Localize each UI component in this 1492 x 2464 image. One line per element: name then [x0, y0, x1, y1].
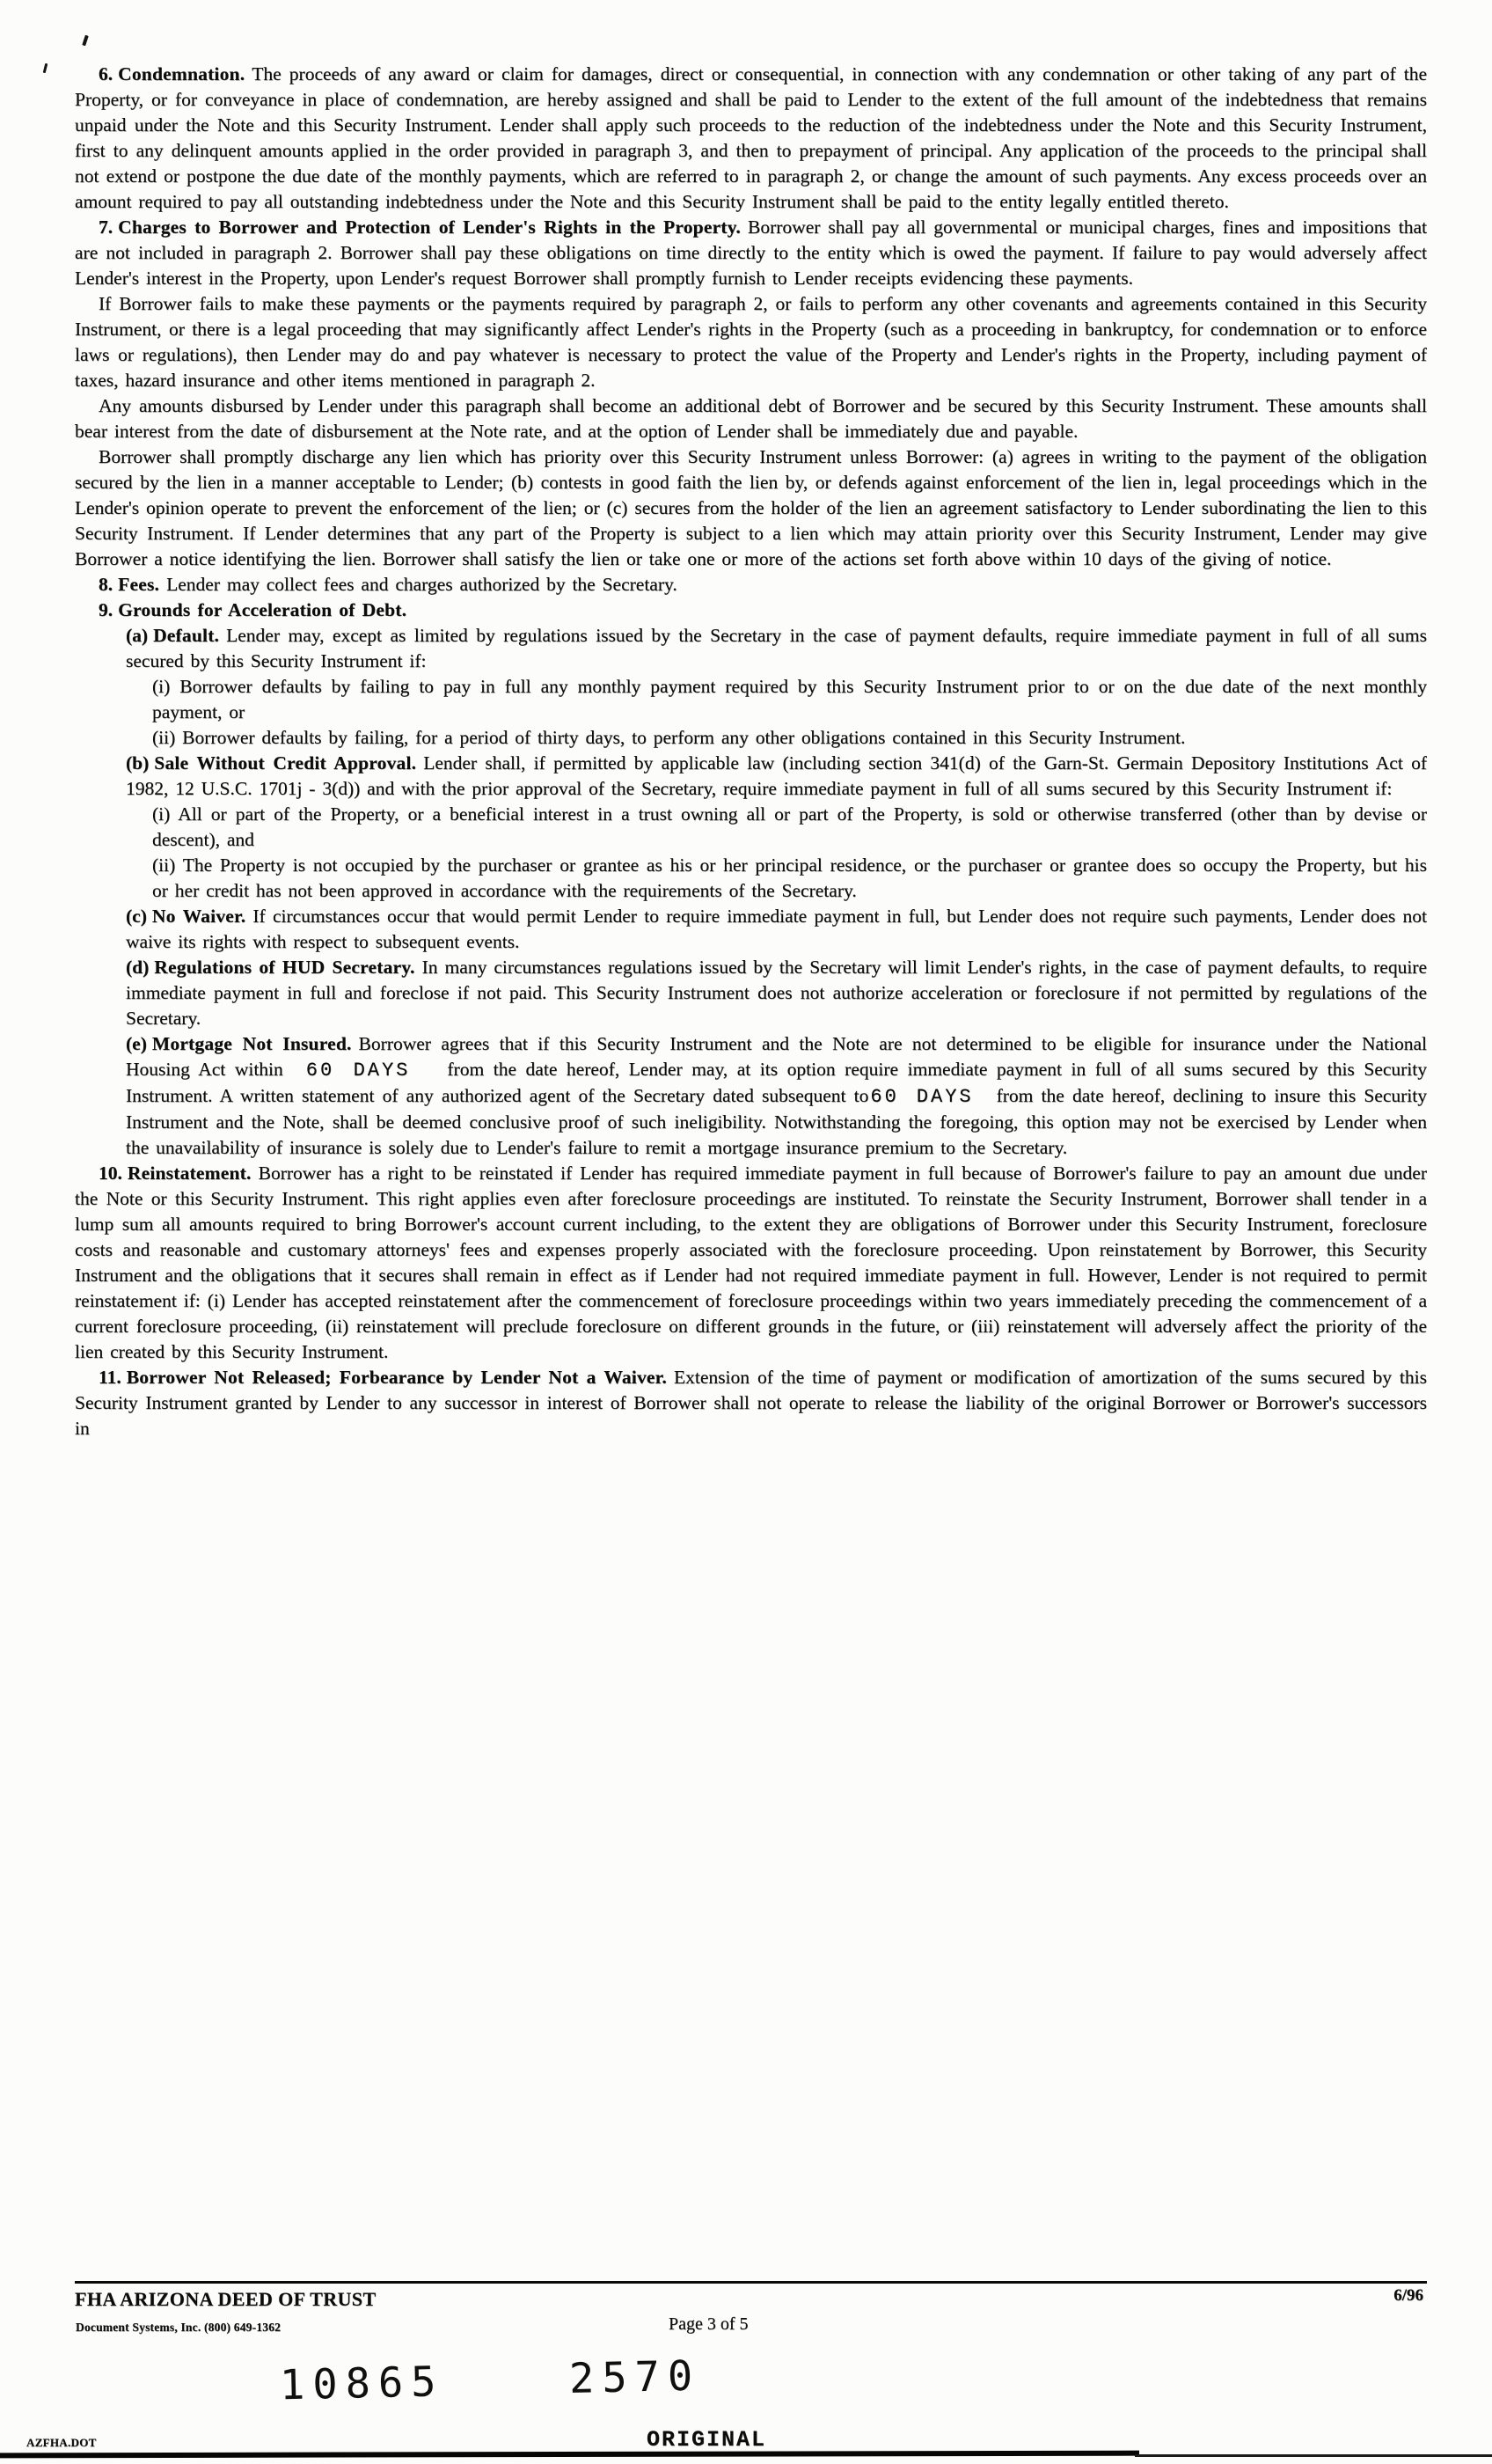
clause-number: 9.: [99, 599, 113, 620]
clause-no-waiver: (c)No Waiver.If circumstances occur that…: [126, 904, 1427, 955]
scan-edge-line: [1135, 2454, 1492, 2457]
clause-text: The Property is not occupied by the purc…: [152, 854, 1427, 901]
clause-mortgage-not-insured: (e)Mortgage Not Insured.Borrower agrees …: [126, 1031, 1427, 1161]
scan-artifact: [82, 35, 89, 47]
form-version: 6/96: [1393, 2286, 1423, 2306]
page-indicator: Page 3 of 5: [669, 2314, 749, 2335]
clause-sale-i: (i) All or part of the Property, or a be…: [152, 802, 1427, 853]
copy-label: ORIGINAL: [647, 2427, 766, 2453]
clause-heading: Regulations of HUD Secretary.: [154, 957, 414, 978]
clause-text: If circumstances occur that would permit…: [126, 906, 1427, 952]
clause-number: 6.: [99, 63, 113, 84]
clause-heading: Condemnation.: [118, 63, 245, 84]
clause-heading: Fees.: [118, 574, 159, 595]
clause-roman: (i): [152, 803, 170, 825]
clause-text: Any amounts disbursed by Lender under th…: [75, 395, 1427, 442]
clause-borrower-not-released: 11.Borrower Not Released; Forbearance by…: [75, 1365, 1427, 1441]
form-title: FHA ARIZONA DEED OF TRUST: [75, 2288, 377, 2311]
days-fill-in-field: 60 DAYS: [870, 1086, 973, 1108]
clause-text: Lender may collect fees and charges auth…: [166, 574, 677, 595]
stamp-number: 10865 2570: [279, 2352, 700, 2410]
clause-condemnation: 6.Condemnation.The proceeds of any award…: [75, 62, 1427, 215]
scan-edge-line: [0, 2451, 1139, 2459]
clause-sale-ii: (ii) The Property is not occupied by the…: [152, 853, 1427, 904]
clause-roman: (i): [152, 676, 170, 697]
clause-default: (a)Default.Lender may, except as limited…: [126, 623, 1427, 674]
clause-text: Lender may, except as limited by regulat…: [126, 625, 1427, 671]
clause-roman: (ii): [152, 727, 175, 748]
clause-charges-continuation-1: If Borrower fails to make these payments…: [75, 291, 1427, 393]
clause-text: The proceeds of any award or claim for d…: [75, 63, 1427, 212]
clause-letter: (b): [126, 752, 149, 774]
clause-text: Borrower has a right to be reinstated if…: [75, 1162, 1427, 1362]
clause-letter: (c): [126, 906, 147, 927]
clause-heading: No Waiver.: [152, 906, 245, 927]
clause-number: 8.: [99, 574, 113, 595]
days-fill-in-field: 60 DAYS: [306, 1060, 411, 1082]
clause-charges-continuation-2: Any amounts disbursed by Lender under th…: [75, 393, 1427, 444]
clause-grounds-for-acceleration: 9.Grounds for Acceleration of Debt.: [75, 598, 1427, 623]
clause-roman: (ii): [152, 854, 175, 876]
clause-text: Borrower defaults by failing to pay in f…: [152, 676, 1427, 722]
clause-heading: Borrower Not Released; Forbearance by Le…: [127, 1367, 667, 1388]
clause-fees: 8.Fees.Lender may collect fees and charg…: [75, 572, 1427, 598]
clause-text: All or part of the Property, or a benefi…: [152, 803, 1427, 850]
clause-reinstatement: 10.Reinstatement.Borrower has a right to…: [75, 1161, 1427, 1365]
clause-regulations-hud-secretary: (d)Regulations of HUD Secretary.In many …: [126, 955, 1427, 1031]
clause-heading: Reinstatement.: [128, 1162, 252, 1184]
clause-text: Borrower defaults by failing, for a peri…: [182, 727, 1185, 748]
clause-default-i: (i) Borrower defaults by failing to pay …: [152, 674, 1427, 725]
clause-letter: (a): [126, 625, 148, 646]
clause-heading: Mortgage Not Insured.: [152, 1033, 352, 1054]
clause-letter: (d): [126, 957, 149, 978]
clause-heading: Grounds for Acceleration of Debt.: [118, 599, 406, 620]
scan-artifact: [43, 63, 48, 73]
footer-divider-line: [75, 2281, 1427, 2284]
document-body: 6.Condemnation.The proceeds of any award…: [75, 62, 1427, 2235]
clause-text: Borrower shall promptly discharge any li…: [75, 446, 1427, 569]
clause-heading: Charges to Borrower and Protection of Le…: [118, 216, 741, 238]
clause-number: 10.: [99, 1162, 122, 1184]
clause-number: 7.: [99, 216, 113, 238]
clause-charges-continuation-3: Borrower shall promptly discharge any li…: [75, 444, 1427, 572]
clause-default-ii: (ii) Borrower defaults by failing, for a…: [152, 725, 1427, 751]
form-file-name: AZFHA.DOT: [26, 2436, 97, 2450]
clause-heading: Sale Without Credit Approval.: [154, 752, 416, 774]
form-vendor: Document Systems, Inc. (800) 649-1362: [76, 2321, 281, 2335]
clause-letter: (e): [126, 1033, 147, 1054]
clause-sale-without-credit-approval: (b)Sale Without Credit Approval.Lender s…: [126, 751, 1427, 802]
clause-charges-to-borrower: 7.Charges to Borrower and Protection of …: [75, 215, 1427, 291]
clause-heading: Default.: [153, 625, 219, 646]
clause-number: 11.: [99, 1367, 121, 1388]
clause-text: If Borrower fails to make these payments…: [75, 293, 1427, 391]
